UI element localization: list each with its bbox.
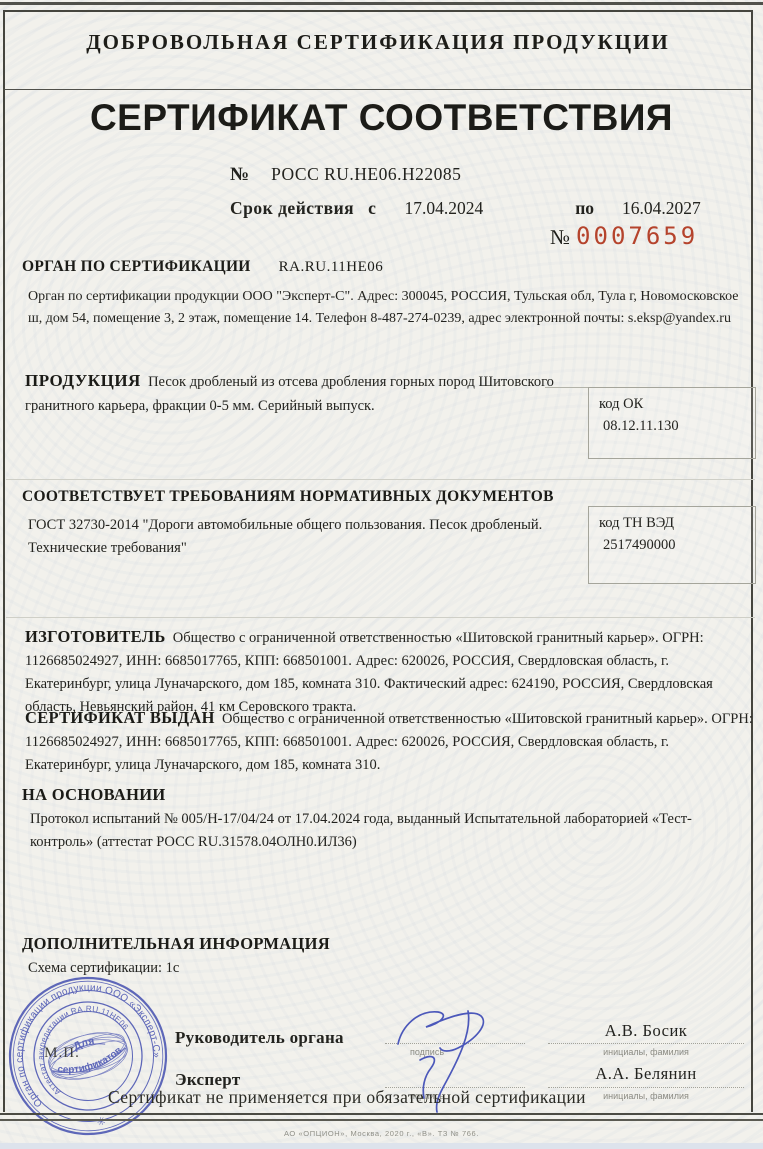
product-heading: ПРОДУКЦИЯ (25, 371, 141, 390)
tnved-code-value: 2517490000 (599, 535, 745, 557)
head-name-caption: инициалы, фамилия (548, 1047, 744, 1057)
section-divider (6, 617, 755, 618)
validity-to-date: 16.04.2027 (622, 198, 701, 218)
certificate-number-row: №РОСС RU.HE06.H22085 (230, 164, 461, 186)
certification-body-text: Орган по сертификации продукции ООО "Экс… (28, 286, 754, 330)
issued-to-section: СЕРТИФИКАТ ВЫДАН Общество с ограниченной… (25, 705, 755, 777)
compliance-heading: СООТВЕТСТВУЕТ ТРЕБОВАНИЯМ НОРМАТИВНЫХ ДО… (22, 488, 554, 506)
number-sign-label: № (230, 164, 249, 185)
bottom-double-line (0, 1113, 763, 1115)
ok-box-leader-line (545, 387, 590, 388)
bottom-note: Сертификат не применяется при обязательн… (108, 1087, 586, 1108)
validity-label: Срок действия (230, 198, 354, 218)
head-name-line (548, 1042, 744, 1044)
validity-from-date: 17.04.2024 (404, 198, 483, 218)
validity-to-label: по (575, 198, 594, 218)
stamp-place-overlay: М.П. (44, 1045, 80, 1061)
basis-text: Протокол испытаний № 005/Н-17/04/24 от 1… (30, 808, 735, 854)
basis-heading: НА ОСНОВАНИИ (22, 785, 165, 805)
validity-from-label: с (368, 198, 376, 218)
manufacturer-heading: ИЗГОТОВИТЕЛЬ (25, 627, 166, 646)
section-divider (6, 479, 755, 480)
certification-body-heading: ОРГАН ПО СЕРТИФИКАЦИИ (22, 258, 251, 275)
validity-row: Срок действияс17.04.2024по16.04.2027 (230, 198, 701, 219)
printing-house-imprint: АО «ОПЦИОН», Москва, 2020 г., «В». ТЗ № … (0, 1129, 763, 1138)
ok-code-box: код ОК 08.12.11.130 (588, 387, 756, 459)
certification-body-code: RA.RU.11HE06 (279, 259, 384, 275)
voluntary-certification-heading: ДОБРОВОЛЬНАЯ СЕРТИФИКАЦИЯ ПРОДУКЦИИ (3, 30, 753, 55)
certificate-number-value: РОСС RU.HE06.H22085 (271, 164, 461, 184)
blank-number-row: №0007659 (550, 222, 698, 250)
issued-to-heading: СЕРТИФИКАТ ВЫДАН (25, 708, 215, 727)
additional-info-heading: ДОПОЛНИТЕЛЬНАЯ ИНФОРМАЦИЯ (22, 934, 330, 954)
blank-number-sign: № (550, 225, 570, 249)
tnved-code-label: код ТН ВЭД (599, 513, 745, 535)
certification-body-section: ОРГАН ПО СЕРТИФИКАЦИИRA.RU.11HE06 (22, 258, 383, 276)
ok-code-value: 08.12.11.130 (599, 416, 745, 438)
tnved-code-box: код ТН ВЭД 2517490000 (588, 506, 756, 584)
scan-edge-bottom (0, 1143, 763, 1149)
expert-name: А.А. Белянин (548, 1064, 744, 1084)
compliance-text: ГОСТ 32730-2014 "Дороги автомобильные об… (28, 514, 584, 560)
ok-code-label: код ОК (599, 394, 745, 416)
certificate-title: СЕРТИФИКАТ СООТВЕТСТВИЯ (0, 97, 763, 139)
product-section: ПРОДУКЦИЯ Песок дробленый из отсева дроб… (25, 368, 581, 418)
header-band: ДОБРОВОЛЬНАЯ СЕРТИФИКАЦИЯ ПРОДУКЦИИ (3, 10, 753, 90)
blank-number-value: 0007659 (576, 222, 698, 250)
head-of-body-role-label: Руководитель органа (175, 1028, 344, 1048)
scan-edge-top (0, 2, 763, 5)
head-name: А.В. Босик (548, 1021, 744, 1041)
certificate-page: { "colors": { "accent_red": "#b5432c", "… (0, 0, 763, 1149)
bottom-double-line (0, 1119, 763, 1121)
stamp-star-icon: ✳ (95, 1115, 107, 1129)
